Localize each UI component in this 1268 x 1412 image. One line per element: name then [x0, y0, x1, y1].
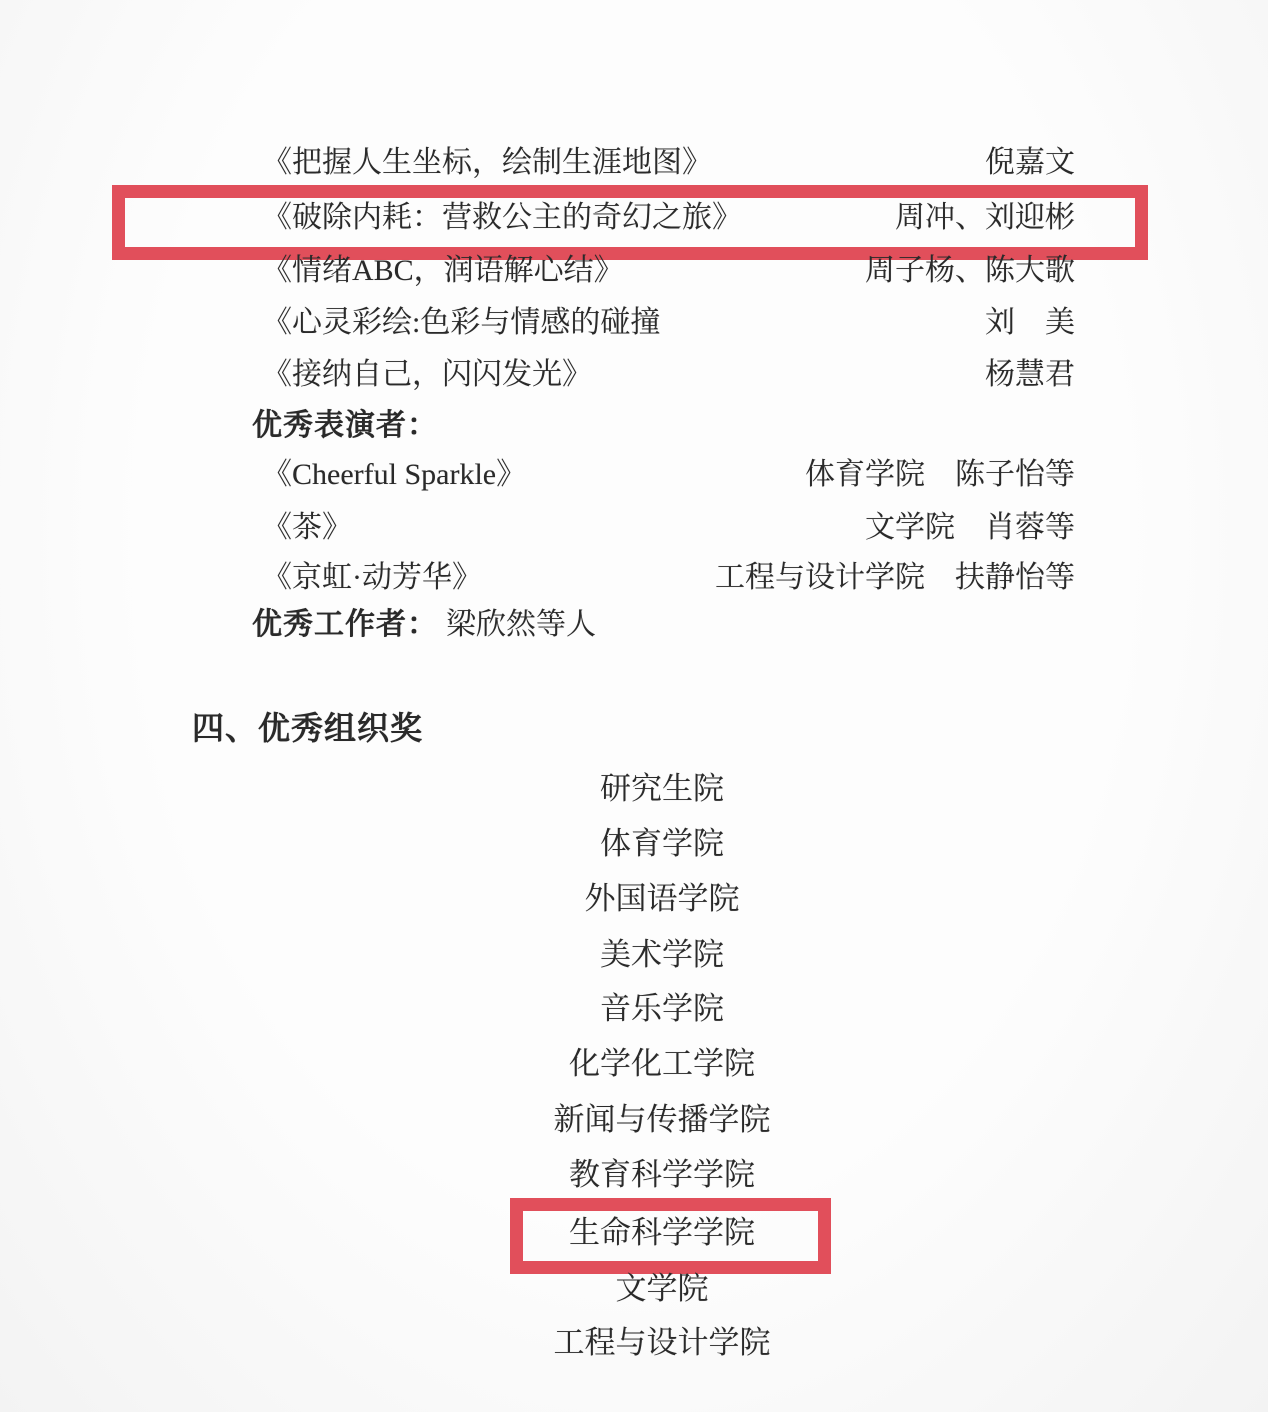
org-list-item: 工程与设计学院 — [554, 1324, 771, 1361]
org-list-item: 文学院 — [616, 1270, 709, 1307]
workers-row: 优秀工作者：梁欣然等人 — [252, 606, 596, 644]
org-list-item: 美术学院 — [600, 936, 724, 973]
award-title: 《破除内耗：营救公主的奇幻之旅》 — [262, 199, 742, 237]
workers-names: 梁欣然等人 — [446, 608, 596, 641]
award-row: 《心灵彩绘:色彩与情感的碰撞 刘 美 — [262, 304, 1075, 342]
award-row: 《接纳自己，闪闪发光》 杨慧君 — [262, 356, 1075, 394]
performer-row: 《京虹·动芳华》 工程与设计学院 扶静怡等 — [262, 559, 1075, 597]
award-row-highlighted: 《破除内耗：营救公主的奇幻之旅》 周冲、刘迎彬 — [262, 199, 1075, 237]
award-title: 《把握人生坐标，绘制生涯地图》 — [262, 144, 712, 182]
performer-row: 《茶》 文学院 肖蓉等 — [262, 509, 1075, 547]
org-list-item: 研究生院 — [600, 770, 724, 807]
workers-label: 优秀工作者： — [252, 608, 438, 641]
performers-section-label: 优秀表演者： — [252, 409, 438, 442]
award-winner-names: 刘 美 — [985, 304, 1075, 342]
award-row: 《情绪ABC，润语解心结》 周子杨、陈大歌 — [262, 252, 1075, 290]
award-title: 《心灵彩绘:色彩与情感的碰撞 — [262, 304, 660, 342]
org-list-item: 体育学院 — [600, 825, 724, 862]
org-list-item-highlighted: 生命科学学院 — [569, 1214, 755, 1251]
award-winner-names: 周子杨、陈大歌 — [865, 252, 1075, 290]
award-winner-names: 周冲、刘迎彬 — [895, 199, 1075, 237]
org-list-item: 外国语学院 — [585, 880, 740, 917]
award-title: 《接纳自己，闪闪发光》 — [262, 356, 592, 394]
org-list-item: 音乐学院 — [600, 990, 724, 1027]
performer-names: 文学院 肖蓉等 — [865, 509, 1075, 547]
org-list-item: 教育科学学院 — [569, 1156, 755, 1193]
organization-award-heading: 四、优秀组织奖 — [192, 708, 423, 748]
performance-title: 《茶》 — [262, 509, 352, 547]
award-row: 《把握人生坐标，绘制生涯地图》 倪嘉文 — [262, 144, 1075, 182]
performer-names: 工程与设计学院 扶静怡等 — [715, 559, 1075, 597]
org-list-item: 化学化工学院 — [569, 1045, 755, 1082]
performance-title: 《Cheerful Sparkle》 — [262, 456, 526, 494]
performers-section-label-row: 优秀表演者： — [252, 407, 438, 445]
performer-row: 《Cheerful Sparkle》 体育学院 陈子怡等 — [262, 456, 1075, 494]
performer-names: 体育学院 陈子怡等 — [805, 456, 1075, 494]
performance-title: 《京虹·动芳华》 — [262, 559, 482, 597]
org-list-item: 新闻与传播学院 — [554, 1101, 771, 1138]
award-document-page: 《把握人生坐标，绘制生涯地图》 倪嘉文 《破除内耗：营救公主的奇幻之旅》 周冲、… — [0, 0, 1268, 1412]
award-winner-names: 杨慧君 — [985, 356, 1075, 394]
award-title: 《情绪ABC，润语解心结》 — [262, 252, 624, 290]
award-winner-names: 倪嘉文 — [985, 144, 1075, 182]
